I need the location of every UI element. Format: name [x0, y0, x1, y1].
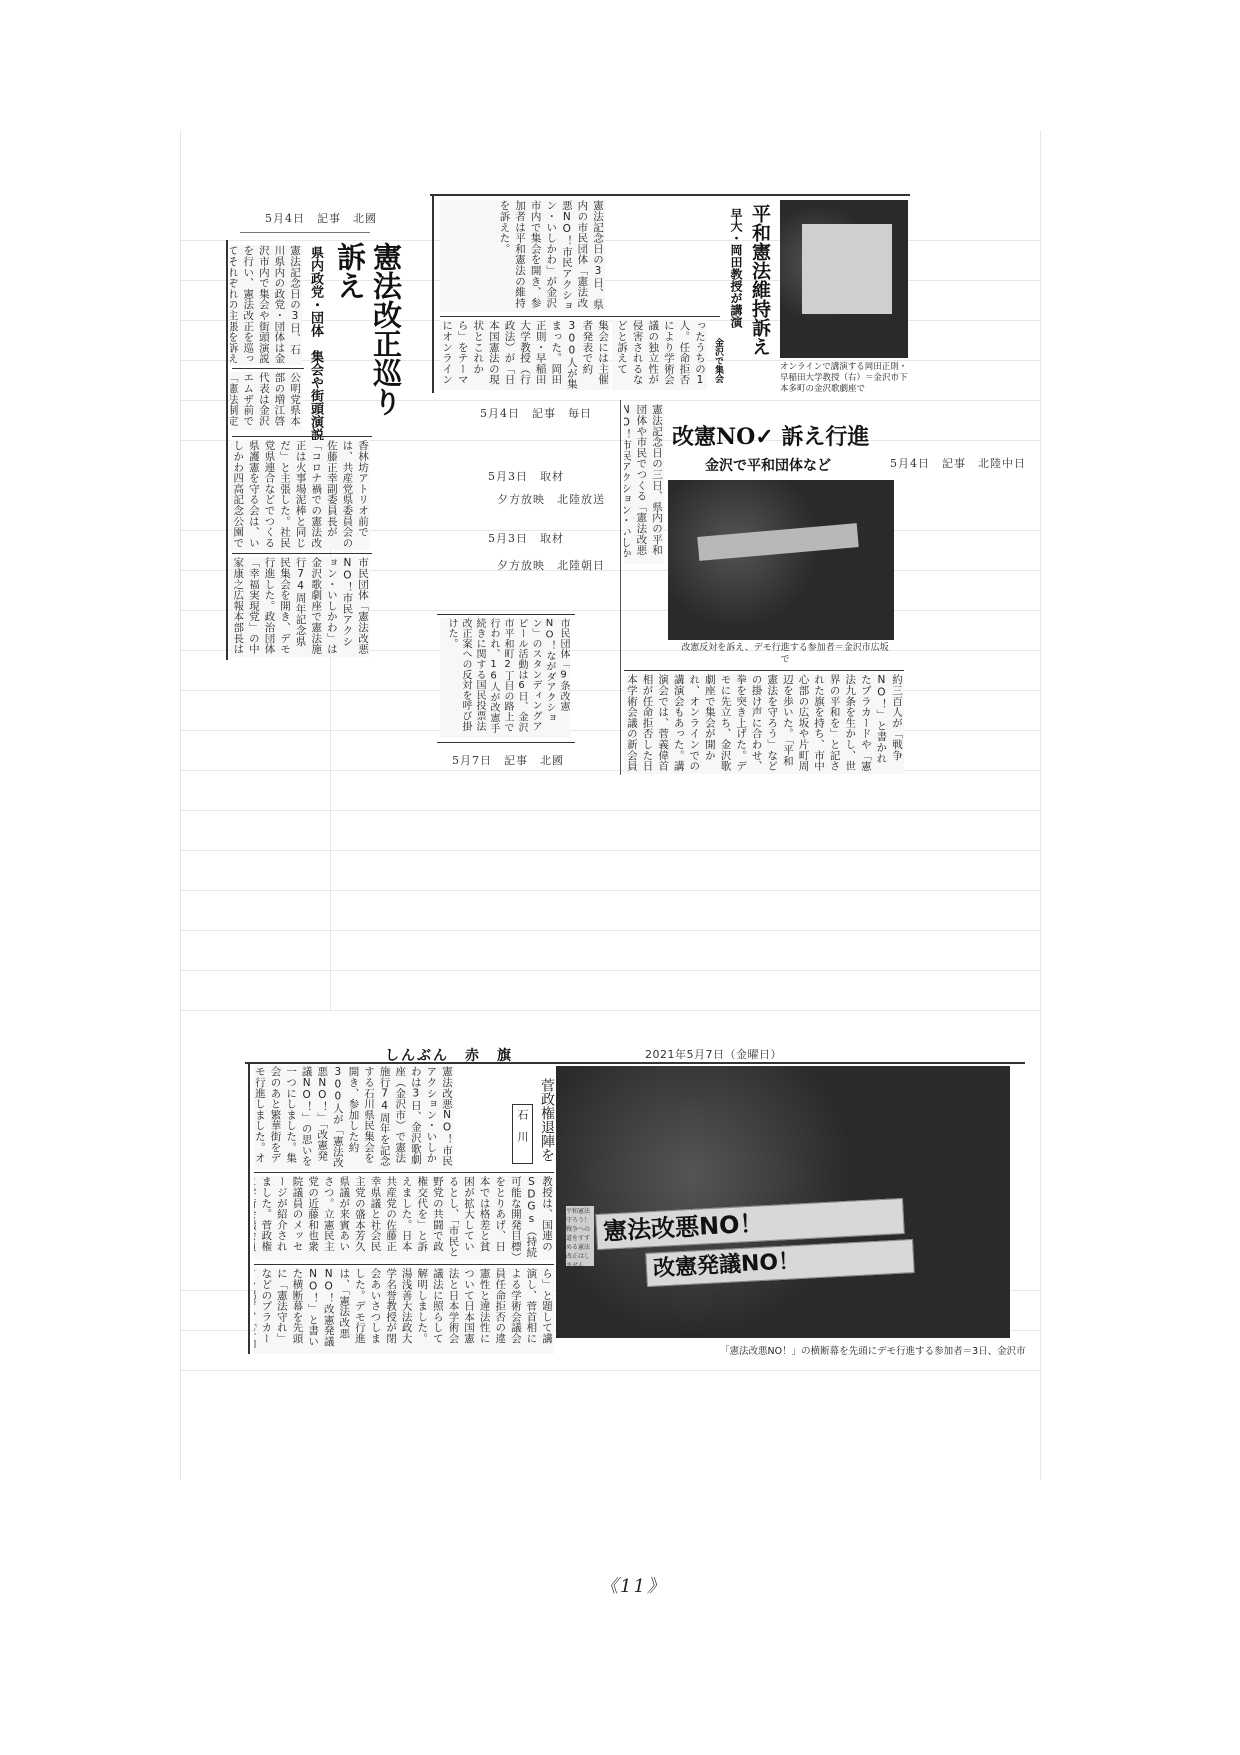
clipping-source: 5月3日 取材	[488, 530, 564, 546]
border	[226, 240, 228, 660]
divider	[240, 232, 370, 233]
form-line	[180, 770, 1040, 771]
form-line	[180, 730, 1040, 731]
body-paragraph: 憲法記念日の3日、県内の市民団体「憲法改悪NO！市民アクション・いしかわ」が金沢…	[440, 200, 605, 312]
divider	[232, 553, 372, 554]
region-label: 石 川	[512, 1104, 533, 1164]
clipping-source: 夕方放映 北陸朝日	[497, 557, 605, 573]
clipping-source: 5月4日 記事 北陸中日	[890, 455, 1026, 471]
placard: 平和憲法守ろう！ 戦争への道をすすめる憲法改正はしません	[566, 1206, 594, 1266]
lead-paragraph: 憲法記念日の3日、石川県内の政党・団体は金沢市内で集会や街頭演説を行い、憲法改正…	[230, 245, 302, 365]
divider	[245, 1062, 1025, 1064]
photo-online-lecture	[780, 200, 908, 358]
page-number: 《11》	[600, 1572, 667, 1598]
form-line	[180, 690, 1040, 691]
divider	[437, 614, 575, 615]
divider	[254, 1264, 554, 1265]
body-paragraph: 市民団体「憲法改悪NO！市民アクション・いしかわ」は金沢歌劇座で憲法施行74周年…	[230, 557, 370, 657]
form-line	[180, 1010, 1040, 1011]
divider	[232, 436, 372, 437]
photo-caption: 改憲反対を訴え、デモ行進する参加者＝金沢市広坂で	[680, 642, 890, 666]
body-paragraph: ら」と題して講演し、菅首相による学術会議会員任命拒否の違憲性と違法性について日本…	[254, 1268, 554, 1354]
divider	[437, 742, 575, 743]
form-line	[180, 850, 1040, 851]
clipping-source: 5月7日 記事 北國	[452, 752, 564, 768]
publication-date: 2021年5月7日（金曜日）	[645, 1046, 782, 1062]
divider	[430, 194, 910, 196]
photo-demo-march	[668, 480, 894, 640]
banner-text-2: 改憲発議NO！	[645, 1239, 914, 1287]
headline: 平和憲法維持訴え	[748, 204, 772, 374]
border	[620, 400, 621, 775]
clipping-source: 5月4日 記事 毎日	[480, 405, 592, 421]
photo-demo-banner: 憲法改悪NO！ 改憲発議NO！ 平和憲法守ろう！ 戦争への道をすすめる憲法改正は…	[556, 1066, 1010, 1338]
form-line	[180, 930, 1040, 931]
photo-caption: 「憲法改悪NO！」の横断幕を先頭にデモ行進する参加者＝3日、金沢市	[720, 1343, 1026, 1357]
subheadline: 県内政党・団体 集会や街頭演説	[306, 246, 324, 446]
headline: 改憲NO✓ 訴え行進	[672, 420, 869, 451]
border	[432, 195, 434, 393]
clipping-source: 5月4日 記事 北國	[265, 210, 377, 226]
form-line	[180, 810, 1040, 811]
subheadline: 早大・岡田教授が講演	[728, 208, 744, 358]
banner	[697, 523, 858, 561]
location-label: 金沢で集会	[712, 338, 724, 388]
body-paragraph: 約三百人が「戦争NO！」と書かれたプラカードや「憲法九条を生かし、世界の平和を」…	[624, 674, 904, 774]
divider	[232, 368, 304, 369]
headline: 菅政権退陣を	[538, 1078, 556, 1168]
clipping-source: 夕方放映 北陸放送	[497, 491, 605, 507]
form-line	[180, 240, 1040, 241]
body-paragraph: 香林坊アトリオ前では、共産党県委員会の佐藤正幸副委員長が「コロナ禍での憲法改正は…	[230, 440, 370, 550]
body-paragraph: 公明党県本部の増江啓代表は金沢エムザ前で「憲法制定に関与すること」と述べ、加憲を…	[230, 372, 302, 430]
clipping-source: 5月3日 取材	[488, 468, 564, 484]
screen-image	[802, 224, 892, 314]
photo-caption: オンラインで講演する岡田正則・早稲田大学教授（右）＝金沢市下本多町の金沢歌劇座で	[780, 362, 910, 395]
body-paragraph: 憲法改悪NO！市民アクション・いしかわは3日、金沢歌劇座（金沢市）で憲法施行74…	[254, 1066, 454, 1170]
divider	[624, 670, 904, 671]
body-paragraph: 集会には主催者発表で約300人が集まった。岡田正則・早稲田大学教授（行政法）が「…	[440, 320, 610, 390]
form-vline	[180, 130, 181, 1480]
body-paragraph: 憲法記念日の三日、県内の平和団体や市民でつくる「憲法改悪NO！市民アクション・い…	[624, 404, 664, 564]
form-line	[180, 1370, 1040, 1371]
form-line	[180, 890, 1040, 891]
form-line	[180, 970, 1040, 971]
border	[248, 1064, 250, 1354]
body-paragraph: 教授は、国連のSDGs（持続可能な開発目標）をとりあげ、日本では格差と貧困が拡大…	[254, 1176, 554, 1260]
divider	[254, 1172, 554, 1173]
body-paragraph: 市民団体「9条改憲NO！ながダアクション」のスタンディングアピール活動は6日、金…	[440, 618, 570, 738]
subheadline: 金沢で平和団体など	[705, 455, 831, 475]
form-vline	[1040, 130, 1041, 1480]
body-paragraph: ったうちの1人。任命拒否により学術会議の独立性が侵害されるなどと訴えて「明らかに…	[612, 320, 707, 390]
headline: 憲法改正巡り訴え	[332, 242, 404, 442]
divider	[440, 316, 720, 317]
